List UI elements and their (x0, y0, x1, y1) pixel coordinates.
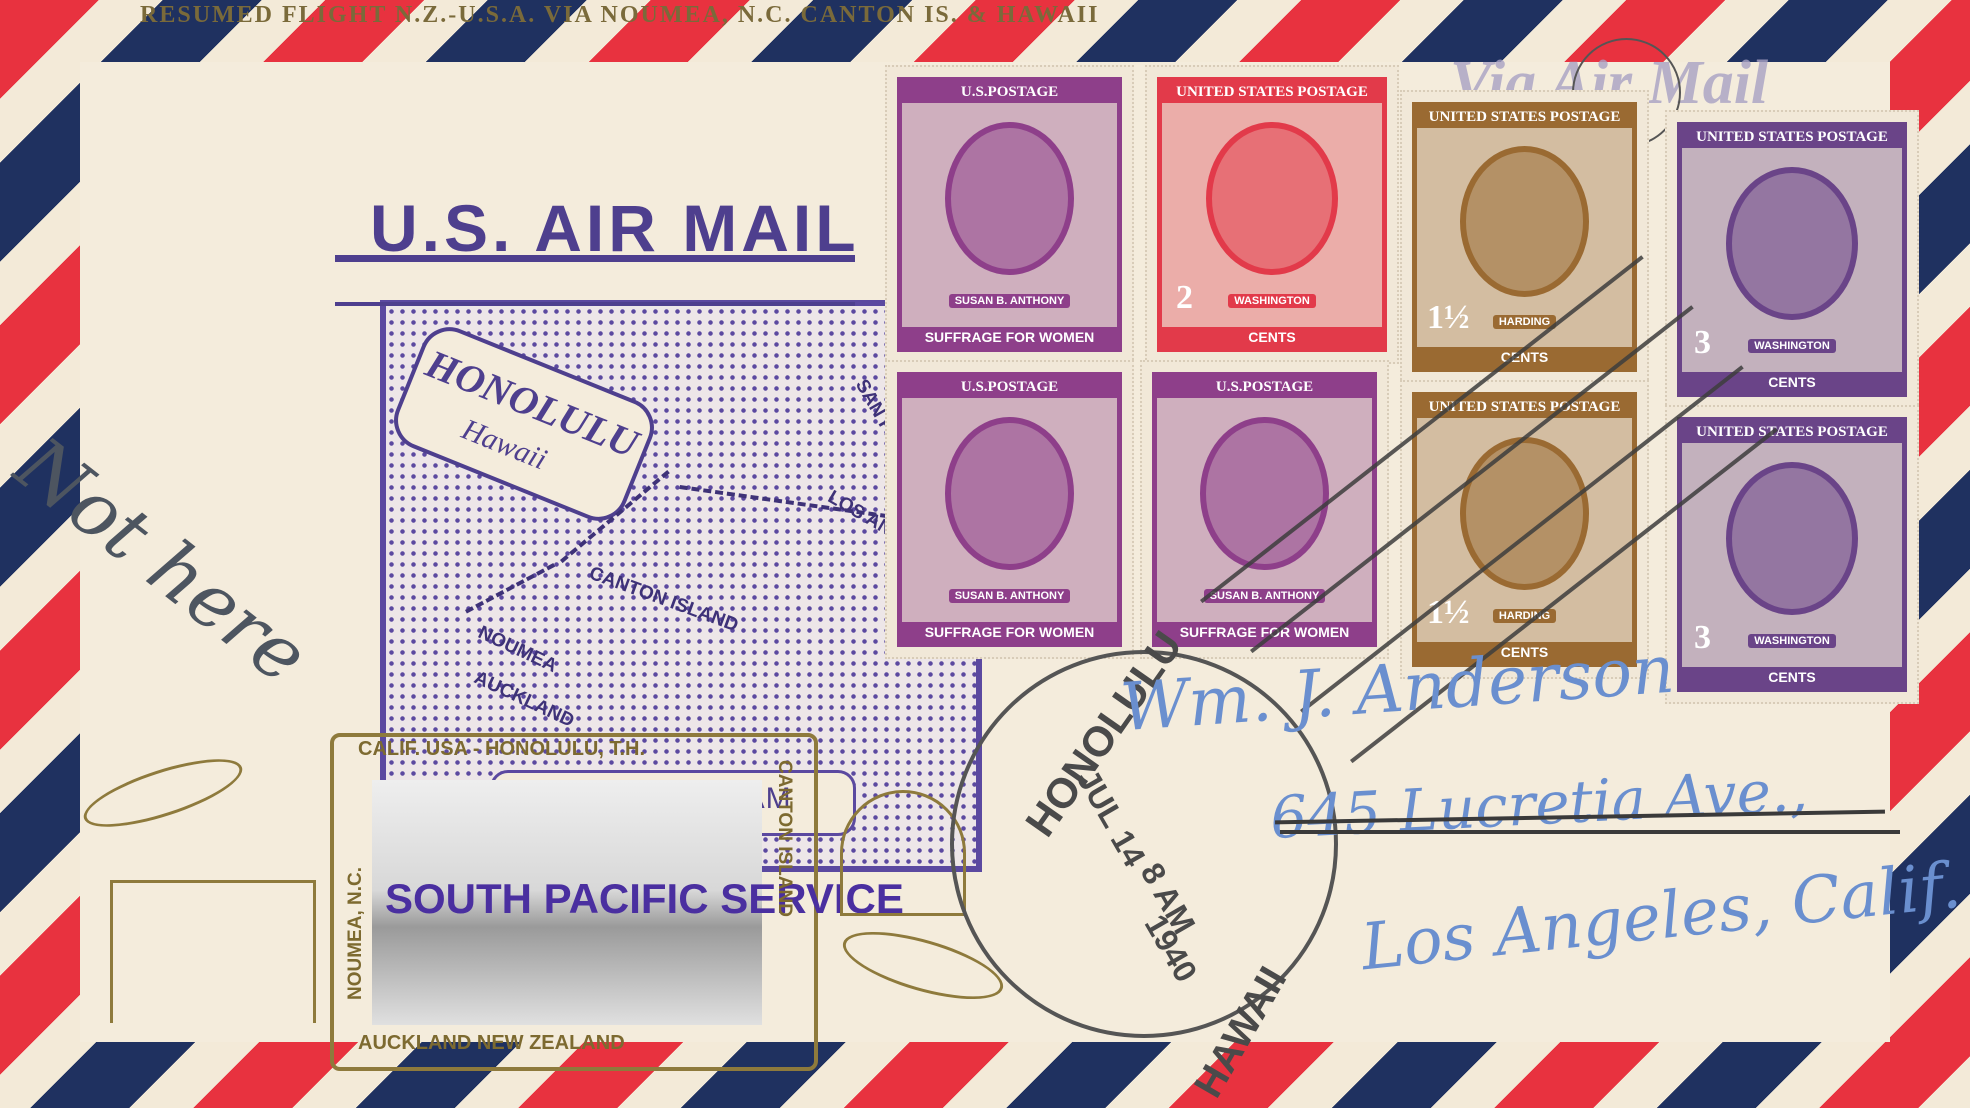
stamp-footer: CENTS (1162, 327, 1382, 347)
stamp-anthony-3c: U.S.POSTAGE SUSAN B. ANTHONY SUFFRAGE FO… (885, 360, 1134, 659)
stamp-header: U.S.POSTAGE (902, 377, 1117, 398)
stamp-washington-3c: UNITED STATES POSTAGE WASHINGTON CENTS 3 (1665, 110, 1919, 409)
strike-through-line (1280, 830, 1900, 834)
stamp-footer: SUFFRAGE FOR WOMEN (902, 327, 1117, 347)
stamp-footer: SUFFRAGE FOR WOMEN (902, 622, 1117, 642)
portrait-icon (1206, 122, 1338, 276)
airmail-envelope: RESUMED FLIGHT N.Z.-U.S.A. VIA NOUMEA, N… (0, 0, 1970, 1108)
stamp-harding-1-5c: UNITED STATES POSTAGE HARDING CENTS 1½ (1400, 90, 1649, 384)
stamp-name: WASHINGTON (1748, 634, 1836, 648)
portrait-icon (945, 417, 1074, 571)
frame-top-text: CALIF. USA - HONOLULU, T.H. (358, 738, 645, 761)
stamp-header: U.S.POSTAGE (1157, 377, 1372, 398)
stamp-anthony-3c: U.S.POSTAGE SUSAN B. ANTHONY SUFFRAGE FO… (1140, 360, 1389, 659)
stamp-name: WASHINGTON (1748, 339, 1836, 353)
stamp-header: UNITED STATES POSTAGE (1417, 107, 1632, 128)
stamp-footer: CENTS (1682, 667, 1902, 687)
stamp-header: UNITED STATES POSTAGE (1682, 127, 1902, 148)
portrait-icon (1726, 462, 1858, 616)
flight-note: RESUMED FLIGHT N.Z.-U.S.A. VIA NOUMEA, N… (140, 2, 1099, 29)
stamp-name: SUSAN B. ANTHONY (1204, 589, 1326, 603)
portrait-icon (1460, 146, 1589, 297)
stamp-washington-2c: UNITED STATES POSTAGE WASHINGTON CENTS 2 (1145, 65, 1399, 364)
portrait-icon (1200, 417, 1329, 571)
stamp-name: SUSAN B. ANTHONY (949, 589, 1071, 603)
stamp-header: UNITED STATES POSTAGE (1682, 422, 1902, 443)
stamp-header: U.S.POSTAGE (902, 82, 1117, 103)
stamp-value: 3 (1694, 324, 1711, 362)
stamp-value: 1½ (1427, 299, 1470, 337)
portrait-icon (1460, 437, 1589, 591)
stamp-washington-3c: UNITED STATES POSTAGE WASHINGTON CENTS 3 (1665, 405, 1919, 704)
portrait-icon (945, 122, 1074, 276)
stamp-name: HARDING (1493, 315, 1556, 329)
south-pacific-service: SOUTH PACIFIC SERVICE (385, 875, 904, 923)
gold-city-skyline-icon (110, 880, 316, 1023)
stamp-anthony-3c: U.S.POSTAGE SUSAN B. ANTHONY SUFFRAGE FO… (885, 65, 1134, 364)
frame-bottom-text: AUCKLAND NEW ZEALAND (358, 1032, 625, 1055)
stamp-name: SUSAN B. ANTHONY (949, 294, 1071, 308)
cachet-title: U.S. AIR MAIL (370, 190, 860, 266)
gold-palm-trees-icon (840, 790, 966, 916)
frame-left-text: NOUMEA, N.C. (345, 867, 367, 1000)
stamp-header: UNITED STATES POSTAGE (1162, 82, 1382, 103)
stamp-value: 1½ (1427, 594, 1470, 632)
stamp-value: 2 (1176, 279, 1193, 317)
portrait-icon (1726, 167, 1858, 321)
frame-right-text: CANTON ISLAND (773, 760, 795, 917)
stamp-name: WASHINGTON (1228, 294, 1316, 308)
stamp-value: 3 (1694, 619, 1711, 657)
